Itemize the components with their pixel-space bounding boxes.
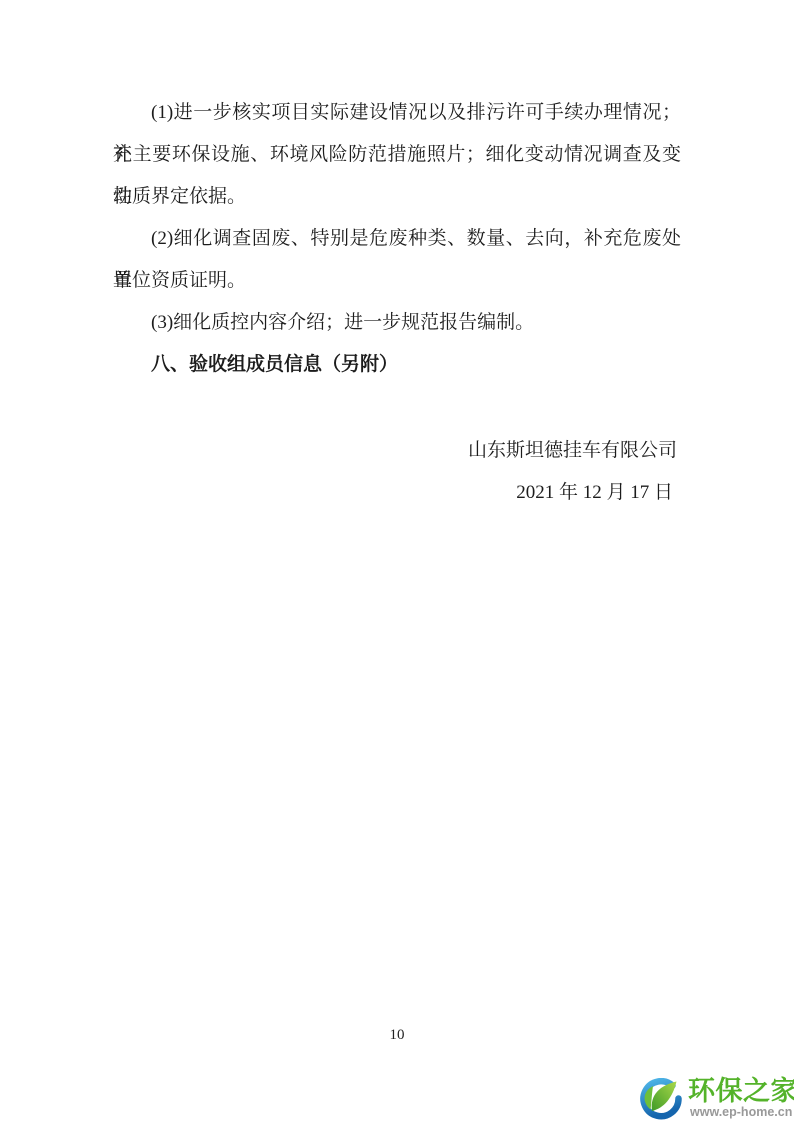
watermark-url-text: www.ep-home.cn: [690, 1105, 792, 1119]
paragraph-1-line-3: 性质界定依据。: [113, 176, 681, 218]
ep-home-watermark: 环保之家 www.ep-home.cn: [636, 1076, 794, 1123]
document-body: (1)进一步核实项目实际建设情况以及排污许可手续办理情况；补 充主要环保设施、环…: [113, 92, 681, 386]
watermark-brand-text: 环保之家: [688, 1077, 794, 1105]
signature-block: 山东斯坦德挂车有限公司 2021 年 12 月 17 日: [113, 430, 681, 514]
company-name: 山东斯坦德挂车有限公司: [113, 430, 681, 472]
section-heading: 八、验收组成员信息（另附）: [113, 344, 681, 386]
paragraph-1-line-1: (1)进一步核实项目实际建设情况以及排污许可手续办理情况；补: [113, 92, 681, 134]
paragraph-3-line-1: (3)细化质控内容介绍；进一步规范报告编制。: [113, 302, 681, 344]
leaf-swirl-icon: [636, 1078, 686, 1122]
page-number: 10: [0, 1025, 794, 1045]
paragraph-2-line-1: (2)细化调查固废、特别是危废种类、数量、去向，补充危废处置: [113, 218, 681, 260]
document-page: (1)进一步核实项目实际建设情况以及排污许可手续办理情况；补 充主要环保设施、环…: [0, 0, 794, 1123]
paragraph-2-line-2: 单位资质证明。: [113, 260, 681, 302]
signature-date: 2021 年 12 月 17 日: [113, 472, 681, 514]
paragraph-1-line-2: 充主要环保设施、环境风险防范措施照片；细化变动情况调查及变动: [113, 134, 681, 176]
